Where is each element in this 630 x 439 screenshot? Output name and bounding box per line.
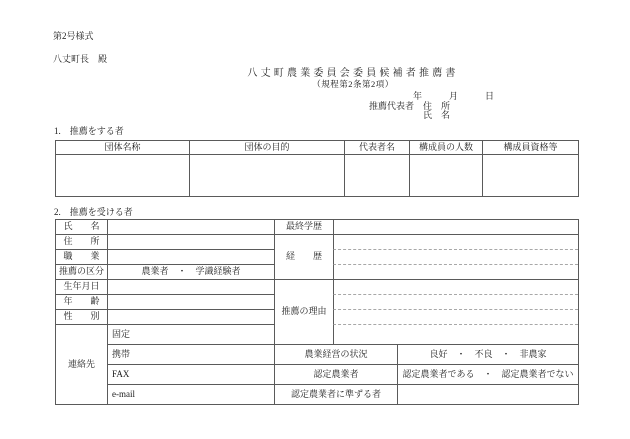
certified-farmer-label: 認定農業者	[274, 364, 397, 384]
table-row: 携帯 農業経営の状況 良好 ・ 不良 ・ 非農家	[55, 344, 578, 364]
reason-entry-line	[333, 294, 578, 309]
contact-landline-label: 固定	[107, 324, 274, 344]
birthdate-entry-cell	[107, 279, 274, 294]
form-number: 第2号様式	[53, 32, 94, 42]
name-entry-cell	[107, 219, 274, 234]
career-entry-line	[333, 249, 578, 264]
category-label: 推薦の区分	[55, 264, 107, 279]
table-row: 住 所 経 歴	[55, 234, 578, 249]
org-representative-header: 代表者名	[344, 140, 409, 154]
addressee: 八丈町長 殿	[53, 55, 107, 65]
section2-heading: 2. 推薦を受ける者	[54, 208, 133, 218]
org-member-qualification-header: 構成員資格等	[482, 140, 578, 154]
reason-entry-line	[333, 324, 578, 344]
quasi-certified-farmer-entry-cell	[397, 384, 578, 404]
org-member-count-header: 構成員の人数	[409, 140, 482, 154]
career-entry-line	[333, 234, 578, 249]
representative-name-line: 氏 名	[423, 111, 450, 121]
certified-farmer-options: 認定農業者である ・ 認定農業者でない	[397, 364, 578, 384]
contact-mobile-label: 携帯	[107, 344, 274, 364]
reason-label: 推薦の理由	[274, 279, 333, 344]
address-entry-cell	[107, 234, 274, 249]
occupation-entry-cell	[107, 249, 274, 264]
gender-label: 性 別	[55, 309, 107, 324]
org-representative-cell	[344, 154, 409, 196]
form-sheet: 第2号様式 八丈町長 殿 八丈町農業委員会委員候補者推薦書 （規程第2条第2項）…	[0, 0, 630, 439]
org-purpose-cell	[189, 154, 344, 196]
recommended-person-table: 氏 名 最終学歴 住 所 経 歴 職 業 推薦の区分 農業者 ・ 学識経験者 生…	[55, 219, 579, 405]
career-entry-line	[333, 264, 578, 279]
contact-label: 連絡先	[55, 324, 107, 404]
recommending-org-table: 団体名称 団体の目的 代表者名 構成員の人数 構成員資格等	[55, 140, 579, 197]
education-label: 最終学歴	[274, 219, 333, 234]
org-name-header: 団体名称	[55, 140, 189, 154]
reason-entry-line	[333, 279, 578, 294]
education-entry-cell	[333, 219, 578, 234]
org-member-qualification-cell	[482, 154, 578, 196]
org-member-count-cell	[409, 154, 482, 196]
category-options: 農業者 ・ 学識経験者	[107, 264, 274, 279]
quasi-certified-farmer-label: 認定農業者に準ずる者	[274, 384, 397, 404]
farm-status-label: 農業経営の状況	[274, 344, 397, 364]
address-label: 住 所	[55, 234, 107, 249]
occupation-label: 職 業	[55, 249, 107, 264]
table-row: FAX 認定農業者 認定農業者である ・ 認定農業者でない	[55, 364, 578, 384]
reason-entry-line	[333, 309, 578, 324]
farm-status-options: 良好 ・ 不良 ・ 非農家	[397, 344, 578, 364]
gender-entry-cell	[107, 309, 274, 324]
org-table-entry-row	[55, 154, 578, 196]
career-label: 経 歴	[274, 234, 333, 279]
table-row: 氏 名 最終学歴	[55, 219, 578, 234]
table-row: e-mail 認定農業者に準ずる者	[55, 384, 578, 404]
contact-email-label: e-mail	[107, 384, 274, 404]
org-purpose-header: 団体の目的	[189, 140, 344, 154]
document-subtitle: （規程第2条第2項）	[230, 80, 476, 89]
table-row: 生年月日 推薦の理由	[55, 279, 578, 294]
org-name-cell	[55, 154, 189, 196]
name-label: 氏 名	[55, 219, 107, 234]
contact-fax-label: FAX	[107, 364, 274, 384]
age-entry-cell	[107, 294, 274, 309]
org-table-header-row: 団体名称 団体の目的 代表者名 構成員の人数 構成員資格等	[55, 140, 578, 154]
birthdate-label: 生年月日	[55, 279, 107, 294]
document-title: 八丈町農業委員会委員候補者推薦書	[230, 68, 476, 79]
age-label: 年 齢	[55, 294, 107, 309]
section1-heading: 1. 推薦をする者	[54, 127, 124, 137]
